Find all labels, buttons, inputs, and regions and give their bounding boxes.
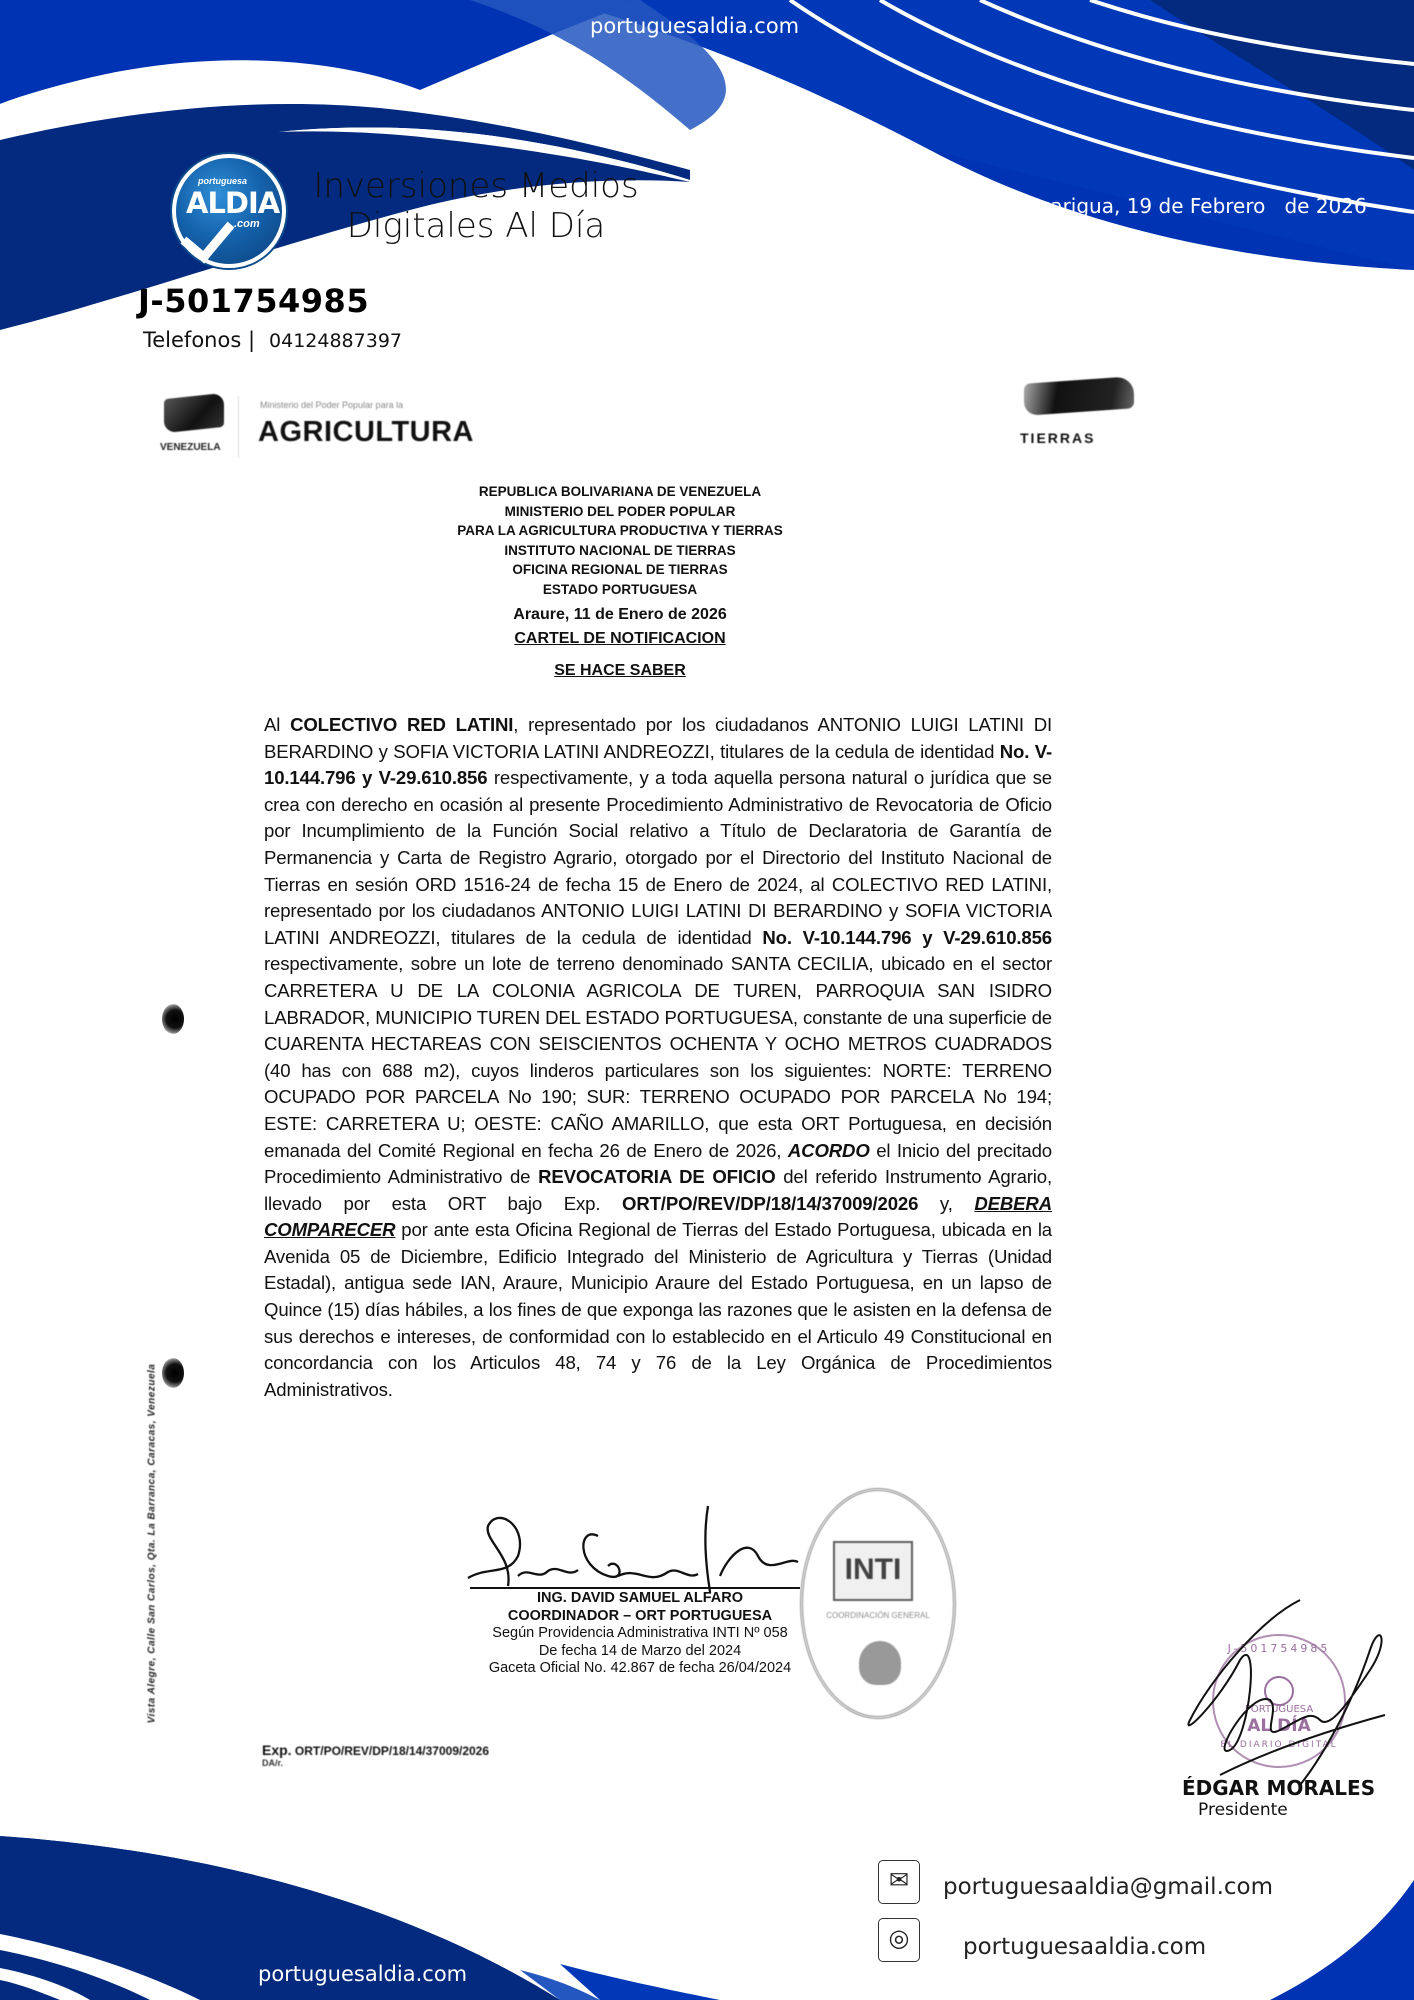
- company-name-line2: Digitales Al Día: [296, 206, 656, 246]
- body-bold: COLECTIVO RED LATINI: [290, 714, 513, 735]
- signatory-gaceta: Gaceta Oficial No. 42.867 de fecha 26/04…: [450, 1660, 830, 1678]
- globe-icon: ◎: [878, 1918, 920, 1962]
- portuguesa-al-dia-logo: portuguesa ALDIA .com: [172, 154, 286, 268]
- inti-logo: INTI: [833, 1541, 913, 1601]
- header-line: INSTITUTO NACIONAL DE TIERRAS: [420, 541, 820, 561]
- body-text: por ante esta Oficina Regional de Tierra…: [264, 1219, 1052, 1400]
- body-text: y,: [918, 1193, 974, 1214]
- expediente-number: ORT/PO/REV/DP/18/14/37009/2026: [622, 1193, 918, 1214]
- signatory-name: ING. DAVID SAMUEL ALFARO: [450, 1590, 830, 1608]
- punch-hole: [162, 1358, 184, 1388]
- rif-number: J-501754985: [138, 282, 369, 320]
- exp-label: Exp.: [262, 1742, 292, 1758]
- president-title: Presidente: [1198, 1800, 1288, 1820]
- logo-top-text: portuguesa: [198, 176, 247, 186]
- body-text: respectivamente, y a toda aquella person…: [264, 767, 1052, 948]
- logo-divider: [238, 396, 239, 458]
- agricultura-title: AGRICULTURA: [258, 416, 474, 449]
- expediente-footer: Exp. ORT/PO/REV/DP/18/14/37009/2026: [262, 1742, 489, 1758]
- document-institution-header: REPUBLICA BOLIVARIANA DE VENEZUELA MINIS…: [420, 482, 820, 599]
- document-date: Araure, 11 de Enero de 2026: [420, 606, 820, 624]
- president-name: ÉDGAR MORALES: [1182, 1776, 1375, 1800]
- inti-tierras-logo: TIERRAS: [1010, 370, 1150, 450]
- punch-hole: [162, 1004, 184, 1034]
- bottom-website[interactable]: portuguesaldia.com: [258, 1962, 467, 1986]
- signature-line: [470, 1587, 800, 1589]
- stamp-text: COORDINACIÓN GENERAL: [813, 1611, 943, 1620]
- logo-main-text: ALDIA: [186, 186, 279, 220]
- footer-website[interactable]: portuguesaaldia.com: [963, 1934, 1206, 1960]
- signatory-date: De fecha 14 de Marzo del 2024: [450, 1643, 830, 1661]
- header-line: MINISTERIO DEL PODER POPULAR: [420, 502, 820, 522]
- body-text: Al: [264, 714, 290, 735]
- body-text: respectivamente, sobre un lote de terren…: [264, 953, 1052, 1160]
- notification-body: Al COLECTIVO RED LATINI, representado po…: [264, 712, 1052, 1403]
- inti-official-stamp: INTI COORDINACIÓN GENERAL: [800, 1488, 956, 1719]
- footer-email[interactable]: portuguesaaldia@gmail.com: [943, 1874, 1273, 1900]
- venezuela-flag-icon: [164, 393, 224, 433]
- phones: Telefonos |04124887397: [143, 328, 402, 352]
- company-name: Inversiones Medios Digitales Al Día: [296, 166, 656, 246]
- document-title: CARTEL DE NOTIFICACION: [420, 630, 820, 648]
- header-line: OFICINA REGIONAL DE TIERRAS: [420, 560, 820, 580]
- email-icon: ✉: [878, 1860, 920, 1904]
- signatory-role: COORDINADOR – ORT PORTUGUESA: [450, 1608, 830, 1626]
- header-line: ESTADO PORTUGUESA: [420, 580, 820, 600]
- company-name-line1: Inversiones Medios: [296, 166, 656, 206]
- signatory-block: ING. DAVID SAMUEL ALFARO COORDINADOR – O…: [450, 1590, 830, 1678]
- document-subtitle: SE HACE SABER: [420, 662, 820, 680]
- logo-suffix-text: .com: [234, 218, 260, 230]
- portrait-icon: [859, 1641, 901, 1685]
- tierras-title: TIERRAS: [1020, 430, 1095, 446]
- header-website[interactable]: portuguesaldia.com: [590, 14, 799, 38]
- initials: DA/r.: [262, 1758, 283, 1768]
- header-line: REPUBLICA BOLIVARIANA DE VENEZUELA: [420, 482, 820, 502]
- phones-label: Telefonos |: [143, 328, 255, 352]
- phone-number[interactable]: 04124887397: [269, 330, 402, 352]
- president-signature-icon: [1150, 1590, 1410, 1790]
- exp-value: ORT/PO/REV/DP/18/14/37009/2026: [295, 1744, 489, 1758]
- body-bold: REVOCATORIA DE OFICIO: [538, 1166, 775, 1187]
- body-bold-italic: ACORDO: [788, 1140, 870, 1161]
- ministerio-agricultura-logo: VENEZUELA Ministerio del Poder Popular p…: [158, 392, 478, 462]
- signatory-providencia: Según Providencia Administrativa INTI Nº…: [450, 1625, 830, 1643]
- country-label: VENEZUELA: [160, 442, 221, 453]
- vertical-address: Vista Alegre, Calle San Carlos, Qta. La …: [147, 1324, 158, 1764]
- place-and-date: Acarigua, 19 de Febrero de 2026: [1026, 194, 1367, 218]
- ministerio-small-text: Ministerio del Poder Popular para la: [260, 400, 403, 410]
- flag-icon: [1024, 376, 1134, 416]
- id-numbers: No. V-10.144.796 y V-29.610.856: [762, 927, 1052, 948]
- header-line: PARA LA AGRICULTURA PRODUCTIVA Y TIERRAS: [420, 521, 820, 541]
